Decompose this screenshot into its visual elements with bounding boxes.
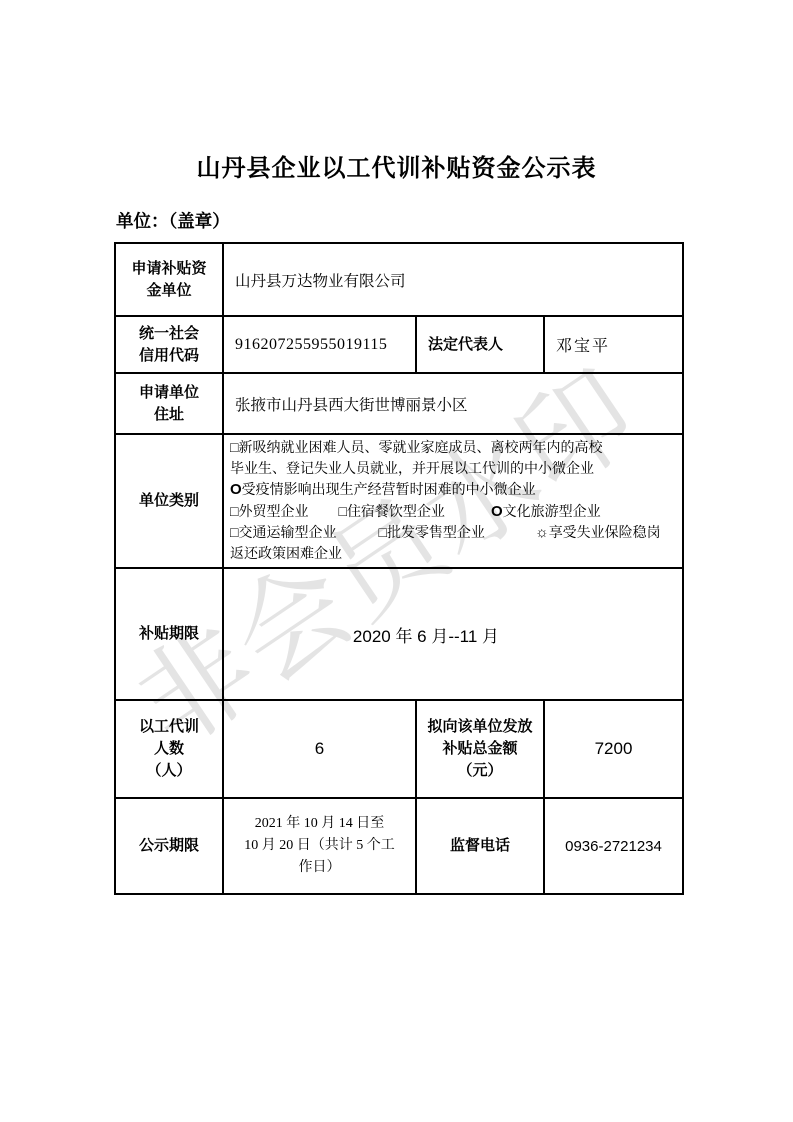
category-option-label: 受疫情影响出现生产经营暂时困难的中小微企业 xyxy=(242,483,536,498)
category-option: □住宿餐饮型企业 xyxy=(338,505,444,520)
address-label: 申请单位 住址 xyxy=(115,373,223,434)
checked-ring-icon: O xyxy=(491,503,503,520)
row-applicant: 申请补贴资 金单位 山丹县万达物业有限公司 xyxy=(115,243,683,316)
subsidy-amount-value: 7200 xyxy=(544,700,683,798)
applicant-label: 申请补贴资 金单位 xyxy=(115,243,223,316)
category-option-label: 外贸型企业 xyxy=(238,505,308,520)
supervision-phone-value: 0936-2721234 xyxy=(544,798,683,894)
row-credit-code: 统一社会 信用代码 916207255955019115 法定代表人 邓宝平 xyxy=(115,316,683,373)
category-option-line: □交通运输型企业□批发零售型企业☼享受失业保险稳岗 返还政策困难企业 xyxy=(230,523,676,565)
subsidy-amount-label: 拟向该单位发放 补贴总金额 （元） xyxy=(416,700,544,798)
supervision-phone-label: 监督电话 xyxy=(416,798,544,894)
row-trainee-count: 以工代训 人数 （人） 6 拟向该单位发放 补贴总金额 （元） 7200 xyxy=(115,700,683,798)
applicant-value: 山丹县万达物业有限公司 xyxy=(223,243,683,316)
row-subsidy-period: 补贴期限 2020 年 6 月--11 月 xyxy=(115,568,683,700)
category-option: O受疫情影响出现生产经营暂时困难的中小微企业 xyxy=(230,480,676,502)
subsidy-publicity-table: 申请补贴资 金单位 山丹县万达物业有限公司 统一社会 信用代码 91620725… xyxy=(114,242,684,895)
unit-category-options: □新吸纳就业困难人员、零就业家庭成员、离校两年内的高校 毕业生、登记失业人员就业… xyxy=(223,434,683,568)
legal-rep-value: 邓宝平 xyxy=(544,316,683,373)
subsidy-period-label: 补贴期限 xyxy=(115,568,223,700)
unit-stamp-line: 单位：（盖章） xyxy=(116,208,230,233)
category-option: □交通运输型企业 xyxy=(230,526,336,541)
trainee-count-value: 6 xyxy=(223,700,416,798)
category-option-label: 新吸纳就业困难人员、零就业家庭成员、离校两年内的高校 毕业生、登记失业人员就业，… xyxy=(230,441,602,477)
publicity-period-label: 公示期限 xyxy=(115,798,223,894)
page-title: 山丹县企业以工代训补贴资金公示表 xyxy=(0,148,793,183)
trainee-count-label: 以工代训 人数 （人） xyxy=(115,700,223,798)
checkbox-unchecked-icon: □ xyxy=(338,505,346,520)
row-publicity-period: 公示期限 2021 年 10 月 14 日至 10 月 20 日（共计 5 个工… xyxy=(115,798,683,894)
publicity-period-value: 2021 年 10 月 14 日至 10 月 20 日（共计 5 个工 作日） xyxy=(223,798,416,894)
category-option: □新吸纳就业困难人员、零就业家庭成员、离校两年内的高校 毕业生、登记失业人员就业… xyxy=(230,439,676,480)
unit-category-label: 单位类别 xyxy=(115,434,223,568)
row-address: 申请单位 住址 张掖市山丹县西大街世博丽景小区 xyxy=(115,373,683,434)
checkbox-unchecked-icon: □ xyxy=(378,526,386,541)
address-value: 张掖市山丹县西大街世博丽景小区 xyxy=(223,373,683,434)
category-option: □批发零售型企业 xyxy=(378,526,484,541)
category-option: O文化旅游型企业 xyxy=(491,505,601,520)
category-option-label: 文化旅游型企业 xyxy=(503,505,601,520)
row-unit-category: 单位类别 □新吸纳就业困难人员、零就业家庭成员、离校两年内的高校 毕业生、登记失… xyxy=(115,434,683,568)
checked-ring-icon: O xyxy=(230,481,242,498)
document-page: 非会员水印 山丹县企业以工代训补贴资金公示表 单位：（盖章） 申请补贴资 金单位… xyxy=(0,0,793,1122)
category-option-line: □外贸型企业□住宿餐饮型企业O文化旅游型企业 xyxy=(230,502,676,524)
category-option-label: 批发零售型企业 xyxy=(387,526,485,541)
sun-marker-icon: ☼ xyxy=(535,525,549,541)
category-option-label: 住宿餐饮型企业 xyxy=(347,505,445,520)
legal-rep-label: 法定代表人 xyxy=(416,316,544,373)
category-option-label: 交通运输型企业 xyxy=(238,526,336,541)
subsidy-period-value: 2020 年 6 月--11 月 xyxy=(223,568,683,700)
category-option: □外贸型企业 xyxy=(230,505,308,520)
credit-code-value: 916207255955019115 xyxy=(223,316,416,373)
credit-code-label: 统一社会 信用代码 xyxy=(115,316,223,373)
